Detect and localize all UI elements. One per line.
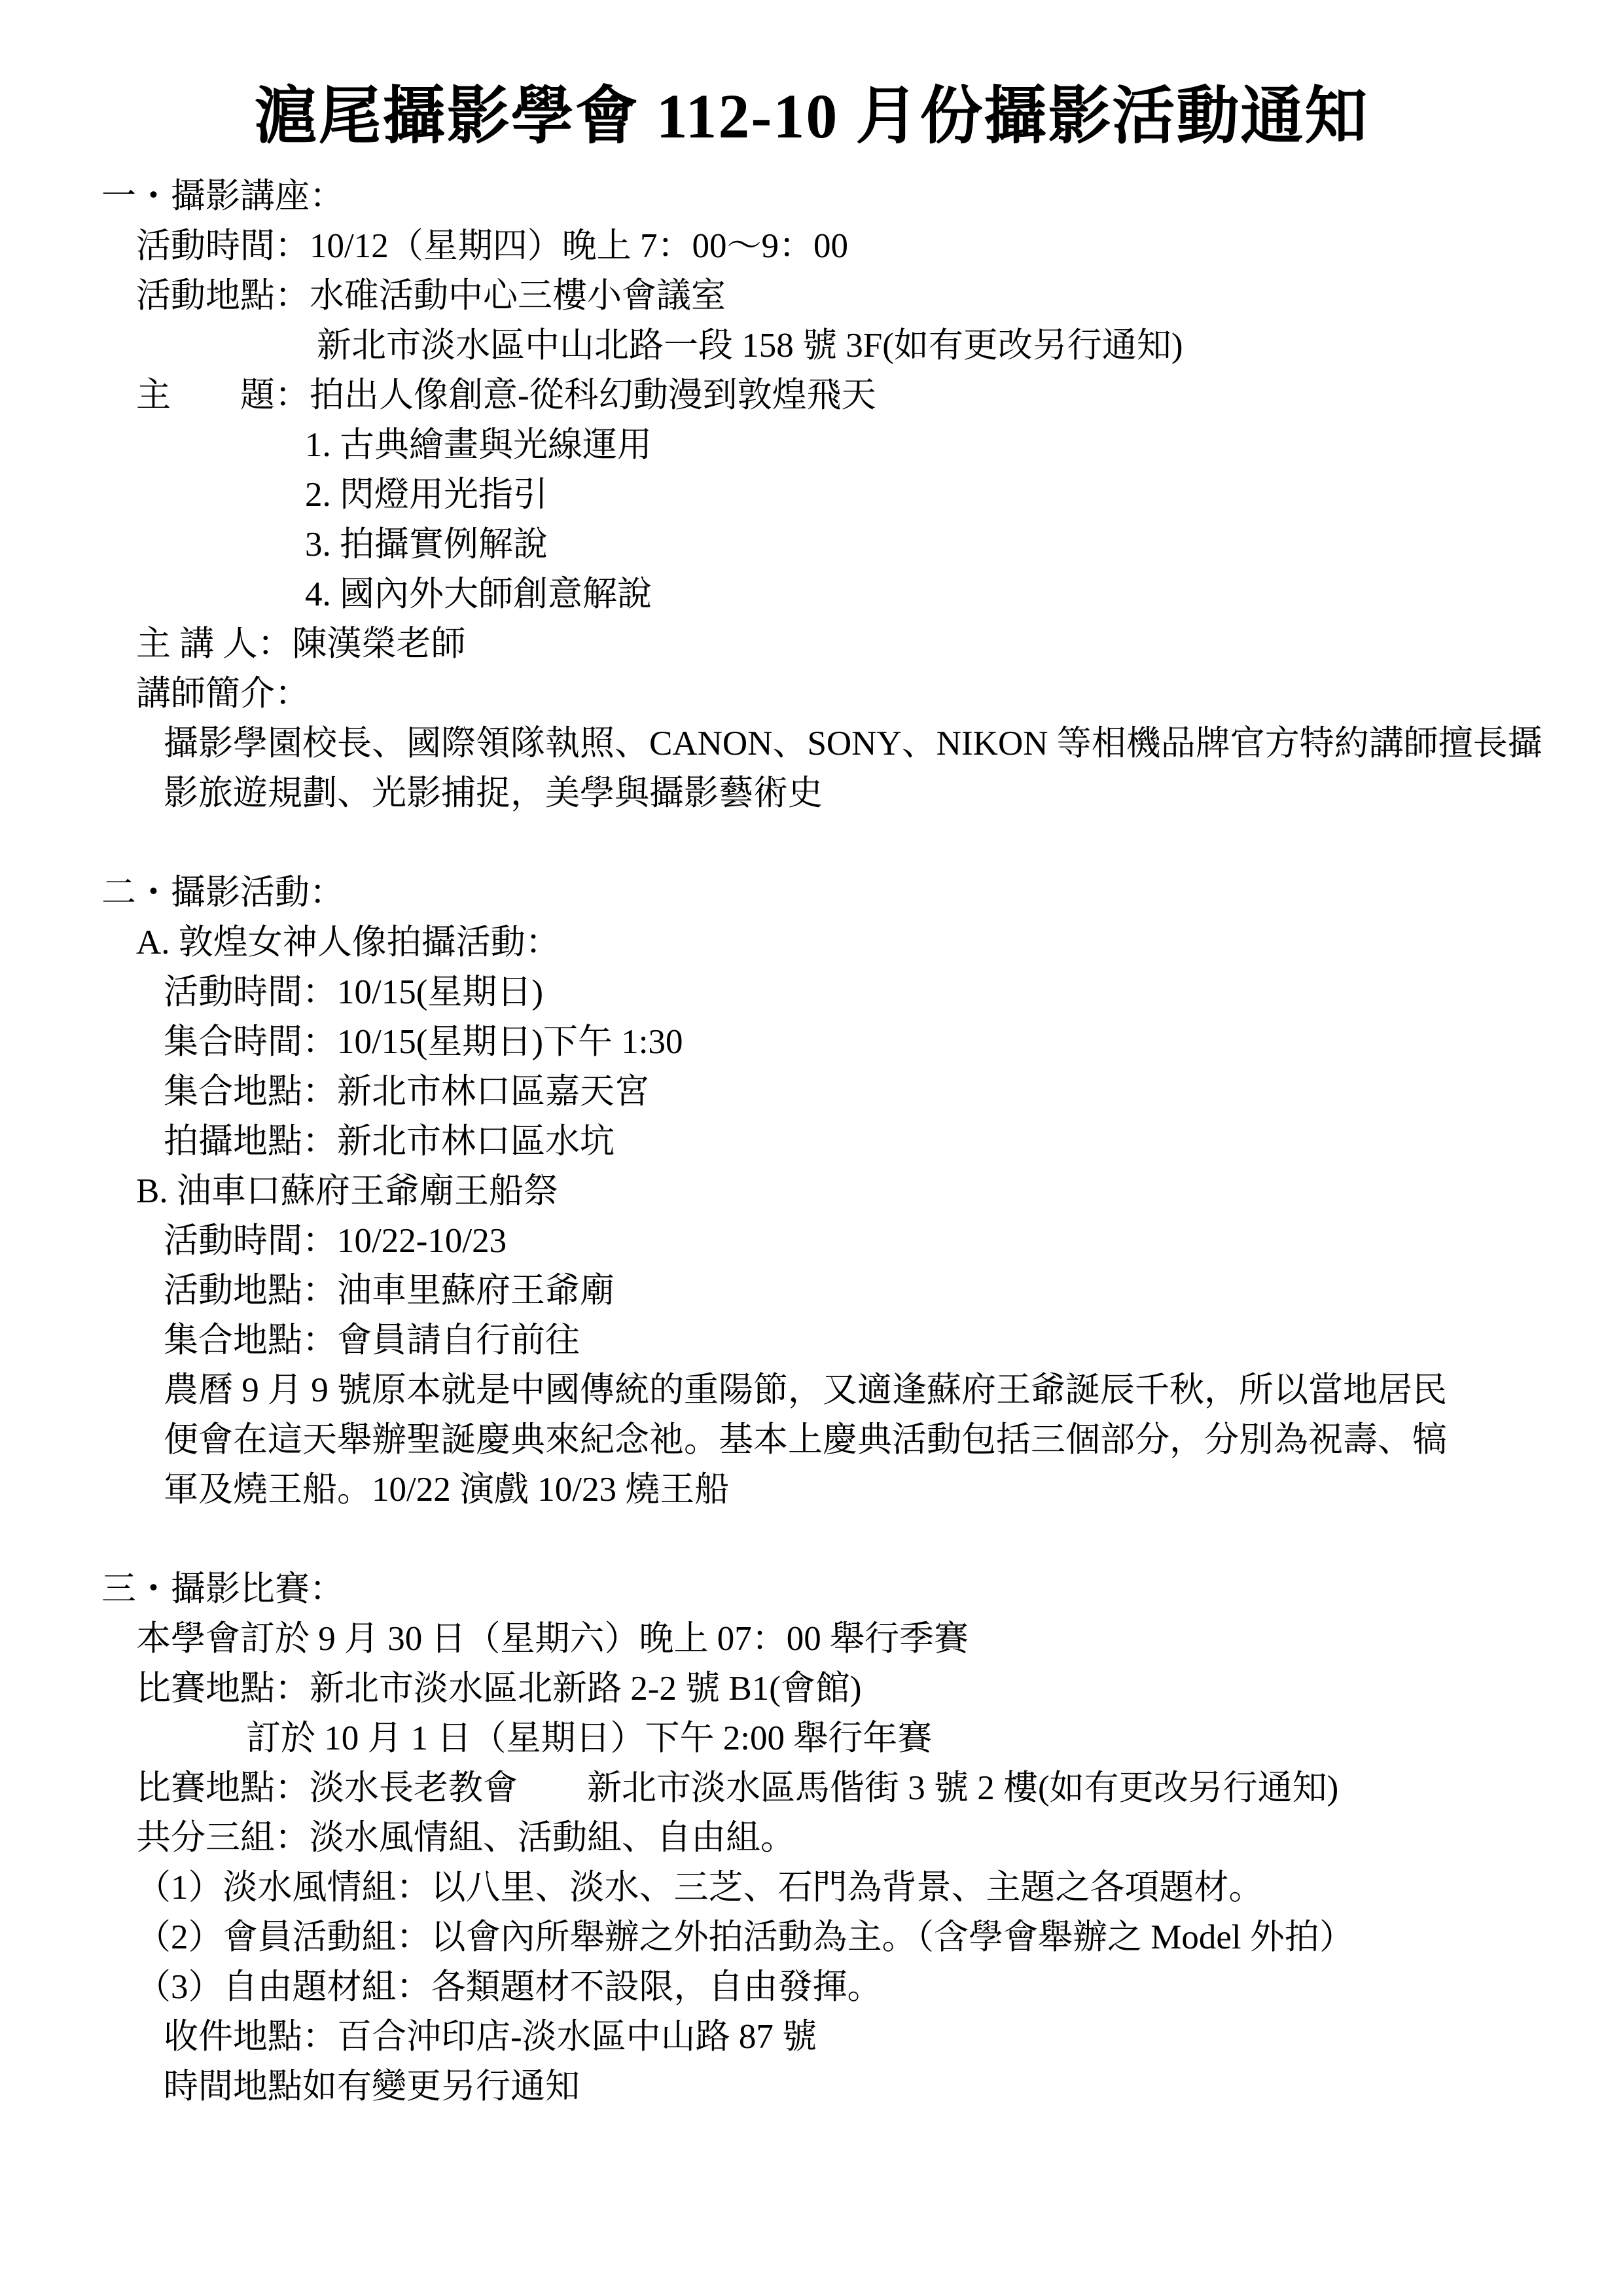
activity-a-line: 集合時間：10/15(星期日)下午 1:30 [98,1017,1544,1067]
activity-a-line: 活動時間：10/15(星期日) [98,967,1544,1017]
activity-a-line: 集合地點：新北市林口區嘉天宮 [98,1067,1544,1117]
section-gap [98,1515,1544,1564]
lecture-bio-line: 攝影學園校長、國際領隊執照、CANON、SONY、NIKON 等相機品牌官方特約… [98,719,1544,768]
lecture-place-address: 新北市淡水區中山北路一段 158 號 3F(如有更改另行通知) [98,321,1544,370]
section-activities-heading: 二・攝影活動： [98,868,1544,918]
lecture-bio-heading: 講師簡介： [98,669,1544,719]
activity-b-line: 活動時間：10/22-10/23 [98,1216,1544,1266]
section-contest-heading: 三・攝影比賽： [98,1564,1544,1614]
activity-b-note-line: 便會在這天舉辦聖誕慶典來紀念祂。基本上慶典活動包括三個部分，分別為祝壽、犒 [98,1415,1544,1465]
lecture-topic: 主 題：拍出人像創意-從科幻動漫到敦煌飛天 [98,370,1544,420]
lecture-topic-item: 1. 古典繪畫與光線運用 [98,420,1544,470]
contest-annual-line: 訂於 10 月 1 日（星期日）下午 2:00 舉行年賽 [98,1713,1544,1763]
contest-season-line: 本學會訂於 9 月 30 日（星期六）晚上 07：00 舉行季賽 [98,1614,1544,1664]
contest-group-item: （2）會員活動組：以會內所舉辦之外拍活動為主。（含學會舉辦之 Model 外拍） [98,1912,1544,1962]
section-gap [98,818,1544,868]
lecture-time: 活動時間：10/12（星期四）晚上 7：00～9：00 [98,221,1544,271]
lecture-topic-item: 3. 拍攝實例解說 [98,520,1544,569]
contest-annual-place: 比賽地點：淡水長老教會 新北市淡水區馬偕街 3 號 2 樓(如有更改另行通知) [98,1763,1544,1813]
activity-b-heading: B. 油車口蘇府王爺廟王船祭 [98,1166,1544,1216]
contest-season-place: 比賽地點：新北市淡水區北新路 2-2 號 B1(會館) [98,1664,1544,1713]
document-page: 滬尾攝影學會 112-10 月份攝影活動通知 一・攝影講座： 活動時間：10/1… [0,0,1623,2296]
activity-b-line: 活動地點：油車里蘇府王爺廟 [98,1266,1544,1316]
document-body: 一・攝影講座： 活動時間：10/12（星期四）晚上 7：00～9：00 活動地點… [98,171,1544,2111]
lecture-bio-line: 影旅遊規劃、光影捕捉，美學與攝影藝術史 [98,768,1544,818]
activity-b-line: 集合地點：會員請自行前往 [98,1316,1544,1365]
page-title: 滬尾攝影學會 112-10 月份攝影活動通知 [0,77,1623,156]
activity-a-line: 拍攝地點：新北市林口區水坑 [98,1117,1544,1166]
activity-a-heading: A. 敦煌女神人像拍攝活動： [98,918,1544,967]
activity-b-note-line: 農曆 9 月 9 號原本就是中國傳統的重陽節，又適逢蘇府王爺誕辰千秋，所以當地居… [98,1365,1544,1415]
section-lecture-heading: 一・攝影講座： [98,171,1544,221]
lecture-speaker: 主 講 人：陳漢榮老師 [98,619,1544,669]
contest-groups-intro: 共分三組：淡水風情組、活動組、自由組。 [98,1813,1544,1863]
contest-group-item: （3）自由題材組：各類題材不設限，自由發揮。 [98,1962,1544,2012]
lecture-topic-item: 2. 閃燈用光指引 [98,470,1544,520]
lecture-place: 活動地點：水碓活動中心三樓小會議室 [98,271,1544,321]
contest-submit-place: 收件地點：百合沖印店-淡水區中山路 87 號 [98,2012,1544,2062]
activity-b-note-line: 軍及燒王船。10/22 演戲 10/23 燒王船 [98,1465,1544,1515]
lecture-topic-item: 4. 國內外大師創意解說 [98,569,1544,619]
contest-change-note: 時間地點如有變更另行通知 [98,2062,1544,2111]
contest-group-item: （1）淡水風情組：以八里、淡水、三芝、石門為背景、主題之各項題材。 [98,1863,1544,1912]
